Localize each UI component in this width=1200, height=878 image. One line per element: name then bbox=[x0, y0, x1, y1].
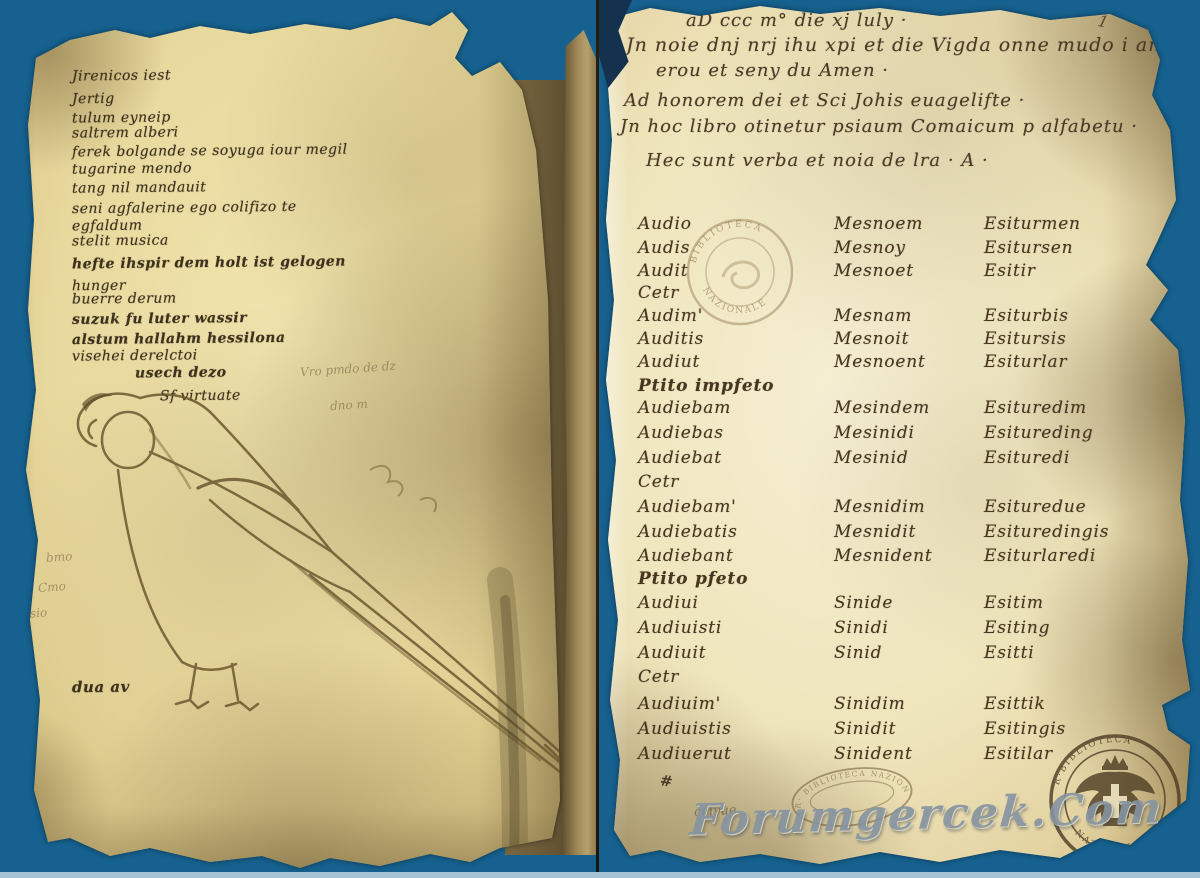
right-page-shadow: aD ccc m° die xj luly · Jn noie dnj nrj … bbox=[598, 0, 1200, 878]
cuman-word: Esitursen bbox=[984, 238, 1073, 258]
latin-word: Audiuim' bbox=[638, 694, 721, 714]
heading-line: Jn noie dnj nrj ihu xpi et die Vigda onn… bbox=[626, 34, 1193, 56]
persian-word: Sinide bbox=[834, 593, 893, 613]
latin-word: Audiuit bbox=[638, 643, 706, 663]
persian-word: Sinidit bbox=[834, 719, 896, 739]
heading-line: erou et seny du Amen · bbox=[656, 60, 889, 81]
left-leaf-panel: Jirenicos iest Jertig tulum eyneip saltr… bbox=[0, 0, 598, 878]
glossary-row: Audiebas Mesinidi Esitureding bbox=[598, 423, 1200, 447]
page-divider-line bbox=[596, 0, 599, 872]
heading-line: Hec sunt verba et noia de lra · A · bbox=[646, 150, 989, 171]
round-library-stamp-icon: BIBLIOTECA NAZIONALE bbox=[683, 215, 798, 330]
latin-word: Audiebatis bbox=[638, 522, 738, 542]
footnote-mark: # bbox=[659, 771, 674, 791]
glossary-row: Audiebatis Mesnidit Esituredingis bbox=[598, 522, 1200, 546]
glossary-row: Audiebam Mesindem Esituredim bbox=[598, 398, 1200, 422]
glossary-section-divider: Cetr bbox=[598, 667, 1200, 691]
persian-word: Mesinidi bbox=[834, 423, 915, 443]
folio-number: 1 bbox=[1096, 11, 1110, 32]
persian-word: Mesindem bbox=[834, 398, 930, 418]
latin-word: Audiebam bbox=[638, 398, 731, 418]
cuman-word: Esitilar bbox=[984, 744, 1053, 764]
cuman-word: Esiturbis bbox=[984, 306, 1069, 326]
cuman-word: Esituredingis bbox=[984, 522, 1109, 542]
persian-word: Mesnam bbox=[834, 306, 912, 326]
cuman-word: Esituredi bbox=[984, 448, 1070, 468]
latin-word: Audiebat bbox=[638, 448, 722, 468]
svg-text:BIBLIOTECA: BIBLIOTECA bbox=[689, 220, 765, 264]
glossary-row: Audiebant Mesnident Esiturlaredi bbox=[598, 546, 1200, 570]
persian-word: Mesnoent bbox=[834, 352, 926, 372]
cuman-word: Esittik bbox=[984, 694, 1046, 714]
cuman-word: Esitir bbox=[984, 261, 1036, 281]
tense-label: Ptito pfeto bbox=[638, 569, 748, 589]
glossary-row: Audiuim' Sinidim Esittik bbox=[598, 694, 1200, 718]
glossary-row: Audiebam' Mesnidim Esituredue bbox=[598, 497, 1200, 521]
beak-shading bbox=[82, 393, 112, 412]
latin-word: Audiebas bbox=[638, 423, 724, 443]
heading-line: aD ccc m° die xj luly · bbox=[686, 10, 907, 31]
persian-word: Sinident bbox=[834, 744, 913, 764]
glossary-row: Audiuit Sinid Esitti bbox=[598, 643, 1200, 667]
persian-word: Mesnidit bbox=[834, 522, 916, 542]
cuman-word: Esiting bbox=[984, 618, 1050, 638]
persian-word: Mesnoy bbox=[834, 238, 906, 258]
latin-word: Audiuistis bbox=[638, 719, 732, 739]
latin-word: Audiut bbox=[638, 352, 700, 372]
left-page-shadow: Jirenicos iest Jertig tulum eyneip saltr… bbox=[0, 0, 598, 878]
svg-text:NAZIONALE: NAZIONALE bbox=[700, 286, 769, 316]
cuman-word: Esiturmen bbox=[984, 214, 1081, 234]
cuman-word: Esituredue bbox=[984, 497, 1086, 517]
persian-word: Mesnoit bbox=[834, 329, 909, 349]
latin-word: Audiebant bbox=[638, 546, 734, 566]
latin-word: Auditis bbox=[638, 329, 704, 349]
glossary-row: Audiuisti Sinidi Esiting bbox=[598, 618, 1200, 642]
cetera-label: Cetr bbox=[638, 667, 679, 687]
persian-word: Sinidi bbox=[834, 618, 889, 638]
cuman-word: Esituredim bbox=[984, 398, 1087, 418]
tense-heading: Ptito impfeto bbox=[598, 376, 1200, 400]
heading-line: Jn hoc libro otinetur psiaum Comaicum p … bbox=[620, 116, 1138, 137]
adjacent-page-edge bbox=[562, 30, 598, 855]
persian-word: Mesnoet bbox=[834, 261, 914, 281]
cetera-label: Cetr bbox=[638, 283, 679, 303]
glossary-row: Audiui Sinide Esitim bbox=[598, 593, 1200, 617]
manuscript-scan: Jirenicos iest Jertig tulum eyneip saltr… bbox=[0, 0, 1200, 878]
glossary-section-divider: Cetr bbox=[598, 472, 1200, 496]
persian-word: Sinid bbox=[834, 643, 882, 663]
latin-word: Audiebam' bbox=[638, 497, 737, 517]
cuman-word: Esiturlar bbox=[984, 352, 1067, 372]
latin-word: Audiui bbox=[638, 593, 699, 613]
right-parchment-page: aD ccc m° die xj luly · Jn noie dnj nrj … bbox=[598, 0, 1200, 878]
cuman-word: Esitti bbox=[984, 643, 1034, 663]
latin-word: Audiuerut bbox=[638, 744, 732, 764]
latin-word: Audiuisti bbox=[638, 618, 722, 638]
persian-word: Mesinid bbox=[834, 448, 909, 468]
cuman-word: Esiturlaredi bbox=[984, 546, 1096, 566]
tense-heading: Ptito pfeto bbox=[598, 569, 1200, 593]
cuman-word: Esitureding bbox=[984, 423, 1094, 443]
persian-word: Mesnident bbox=[834, 546, 933, 566]
persian-word: Mesnidim bbox=[834, 497, 925, 517]
parrot-ink-drawing bbox=[0, 0, 598, 878]
heading-line: Ad honorem dei et Sci Johis euagelifte · bbox=[624, 90, 1025, 111]
left-parchment-page: Jirenicos iest Jertig tulum eyneip saltr… bbox=[0, 0, 598, 878]
cuman-word: Esitim bbox=[984, 593, 1044, 613]
right-leaf-panel: aD ccc m° die xj luly · Jn noie dnj nrj … bbox=[598, 0, 1200, 878]
persian-word: Sinidim bbox=[834, 694, 906, 714]
tense-label: Ptito impfeto bbox=[638, 376, 774, 396]
glossary-row: Auditis Mesnoit Esitursis bbox=[598, 329, 1200, 353]
cetera-label: Cetr bbox=[638, 472, 679, 492]
persian-word: Mesnoem bbox=[834, 214, 923, 234]
scan-bottom-strip bbox=[0, 872, 1200, 878]
glossary-row: Audiebat Mesinid Esituredi bbox=[598, 448, 1200, 472]
cuman-word: Esitursis bbox=[984, 329, 1067, 349]
latin-word: Audit bbox=[638, 261, 688, 281]
glossary-row: Audiut Mesnoent Esiturlar bbox=[598, 352, 1200, 376]
